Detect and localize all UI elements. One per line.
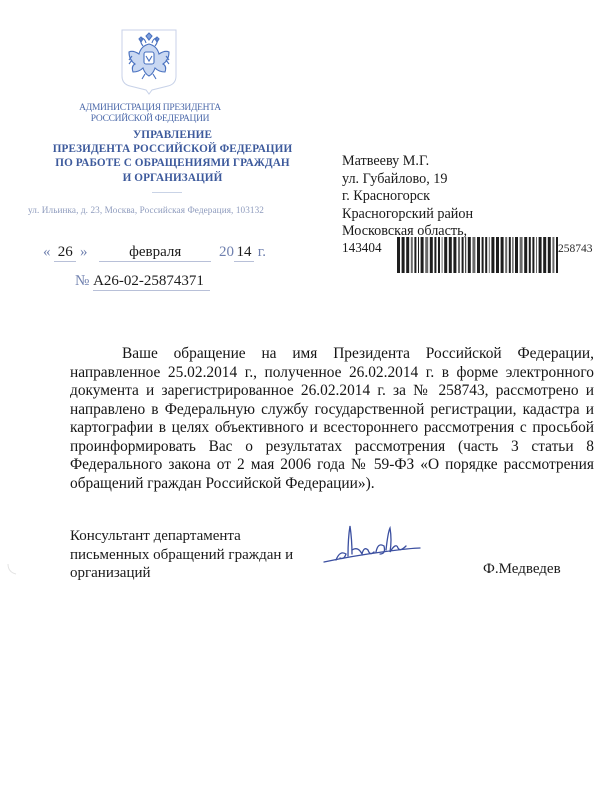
reference-number-value: А26-02-25874371 [93,273,210,291]
date-day: 26 [54,244,76,262]
date-year-prefix: 20 [219,244,234,260]
date-month: февраля [99,244,211,262]
scan-artifact-icon [6,562,20,576]
signatory-position: Консультант департамента письменных обра… [70,527,330,583]
position-line-1: Консультант департамента [70,527,330,546]
coat-of-arms-icon [118,26,180,96]
department-line-2: ПРЕЗИДЕНТА РОССИЙСКОЙ ФЕДЕРАЦИИ [40,142,305,156]
department-line-3: ПО РАБОТЕ С ОБРАЩЕНИЯМИ ГРАЖДАН [40,156,305,170]
date-year-suffix: 14 [234,244,254,262]
letter-body: Ваше обращение на имя Президента Российс… [70,345,594,493]
barcode-icon [396,237,560,273]
number-sign: № [75,273,89,289]
recipient-address: Матвееву М.Г. ул. Губайлово, 19 г. Красн… [342,153,473,241]
date-year-unit: г. [258,244,266,260]
handwritten-signature-icon [322,520,422,570]
administration-line-1: АДМИНИСТРАЦИЯ ПРЕЗИДЕНТА [60,103,240,114]
recipient-name: Матвееву М.Г. [342,153,473,171]
date-open-quote: « [43,244,51,260]
position-line-2: письменных обращений граждан и [70,546,330,565]
recipient-postal-code: 143404 [342,240,382,256]
department-name: УПРАВЛЕНИЕ ПРЕЗИДЕНТА РОССИЙСКОЙ ФЕДЕРАЦ… [40,128,305,185]
administration-name: АДМИНИСТРАЦИЯ ПРЕЗИДЕНТА РОССИЙСКОЙ ФЕДЕ… [60,103,240,125]
department-line-4: И ОРГАНИЗАЦИЙ [40,171,305,185]
barcode-number: 258743 [558,243,593,255]
sender-address: ул. Ильинка, д. 23, Москва, Российская Ф… [28,205,298,215]
body-paragraph: Ваше обращение на имя Президента Российс… [70,345,594,493]
recipient-city: г. Красногорск [342,188,473,206]
position-line-3: организаций [70,564,330,583]
department-line-1: УПРАВЛЕНИЕ [40,128,305,142]
recipient-district: Красногорский район [342,206,473,224]
letter-date: « 26 » февраля 2014 г. [43,244,266,262]
administration-line-2: РОССИЙСКОЙ ФЕДЕРАЦИИ [60,114,240,125]
header-divider [152,192,182,193]
date-close-quote: » [80,244,88,260]
reference-number: № А26-02-25874371 [75,273,210,291]
recipient-street: ул. Губайлово, 19 [342,171,473,189]
signatory-name: Ф.Медведев [483,561,561,578]
